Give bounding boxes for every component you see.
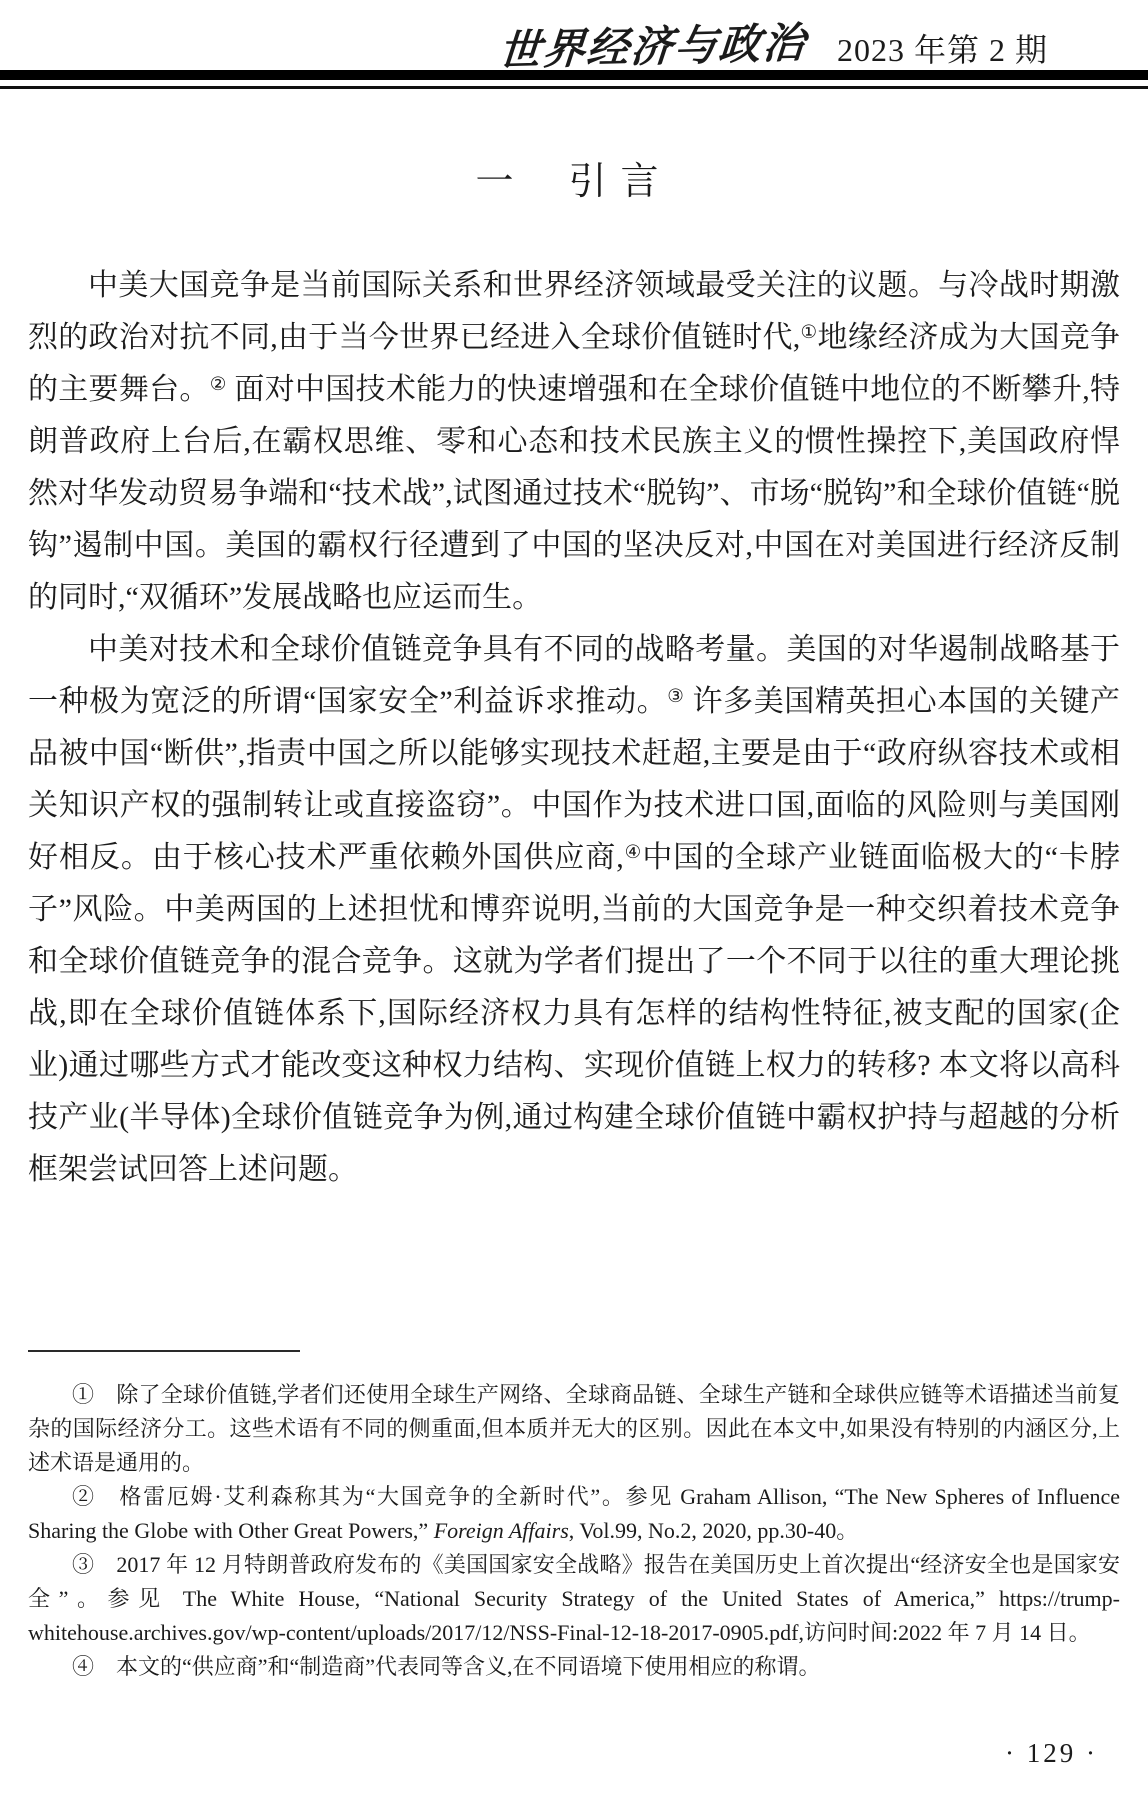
- footnote-segment: ④ 本文的“供应商”和“制造商”代表同等含义,在不同语境下使用相应的称谓。: [72, 1654, 821, 1679]
- issue-label: 2023 年第 2 期: [837, 25, 1048, 71]
- footnote-segment: , Vol.99, No.2, 2020, pp.30-40。: [569, 1518, 858, 1543]
- footnote-segment: ① 除了全球价值链,学者们还使用全球生产网络、全球商品链、全球生产链和全球供应链…: [28, 1382, 1120, 1475]
- footnotes-list: ① 除了全球价值链,学者们还使用全球生产网络、全球商品链、全球生产链和全球供应链…: [28, 1378, 1120, 1684]
- body-text: 中美大国竞争是当前国际关系和世界经济领域最受关注的议题。与冷战时期激烈的政治对抗…: [28, 260, 1120, 1196]
- journal-logo: 世界经济与政治: [497, 10, 810, 78]
- header-rule-thin: [0, 86, 1148, 89]
- footnote-segment: Foreign Affairs: [434, 1518, 569, 1543]
- footnotes-block: ① 除了全球价值链,学者们还使用全球生产网络、全球商品链、全球生产链和全球供应链…: [28, 1350, 1120, 1684]
- section-title-number: 一: [475, 161, 513, 203]
- footnotes-divider: [28, 1350, 300, 1352]
- footnote-marker: ④: [624, 842, 643, 863]
- footnote-segment: ③ 2017 年 12 月特朗普政府发布的《美国国家安全战略》报告在美国历史上首…: [28, 1552, 1120, 1645]
- footnote: ① 除了全球价值链,学者们还使用全球生产网络、全球商品链、全球生产链和全球供应链…: [28, 1378, 1120, 1480]
- footnote-marker: ②: [210, 374, 227, 395]
- footnote: ② 格雷厄姆·艾利森称其为“大国竞争的全新时代”。参见 Graham Allis…: [28, 1480, 1120, 1548]
- running-head: 世界经济与政治 2023 年第 2 期: [499, 14, 1048, 74]
- footnote: ③ 2017 年 12 月特朗普政府发布的《美国国家安全战略》报告在美国历史上首…: [28, 1548, 1120, 1650]
- journal-page: 世界经济与政治 2023 年第 2 期 一引言 中美大国竞争是当前国际关系和世界…: [0, 0, 1148, 1797]
- page-number: · 129 ·: [1005, 1738, 1098, 1769]
- footnote-marker: ③: [667, 686, 684, 707]
- body-paragraph: 中美对技术和全球价值链竞争具有不同的战略考量。美国的对华遏制战略基于一种极为宽泛…: [28, 624, 1120, 1196]
- footnote-marker: ①: [800, 322, 817, 343]
- body-paragraph: 中美大国竞争是当前国际关系和世界经济领域最受关注的议题。与冷战时期激烈的政治对抗…: [28, 260, 1120, 624]
- section-title-text: 引言: [569, 161, 673, 203]
- section-title: 一引言: [0, 150, 1148, 205]
- header-rule-thick: [0, 70, 1148, 80]
- footnote: ④ 本文的“供应商”和“制造商”代表同等含义,在不同语境下使用相应的称谓。: [28, 1650, 1120, 1684]
